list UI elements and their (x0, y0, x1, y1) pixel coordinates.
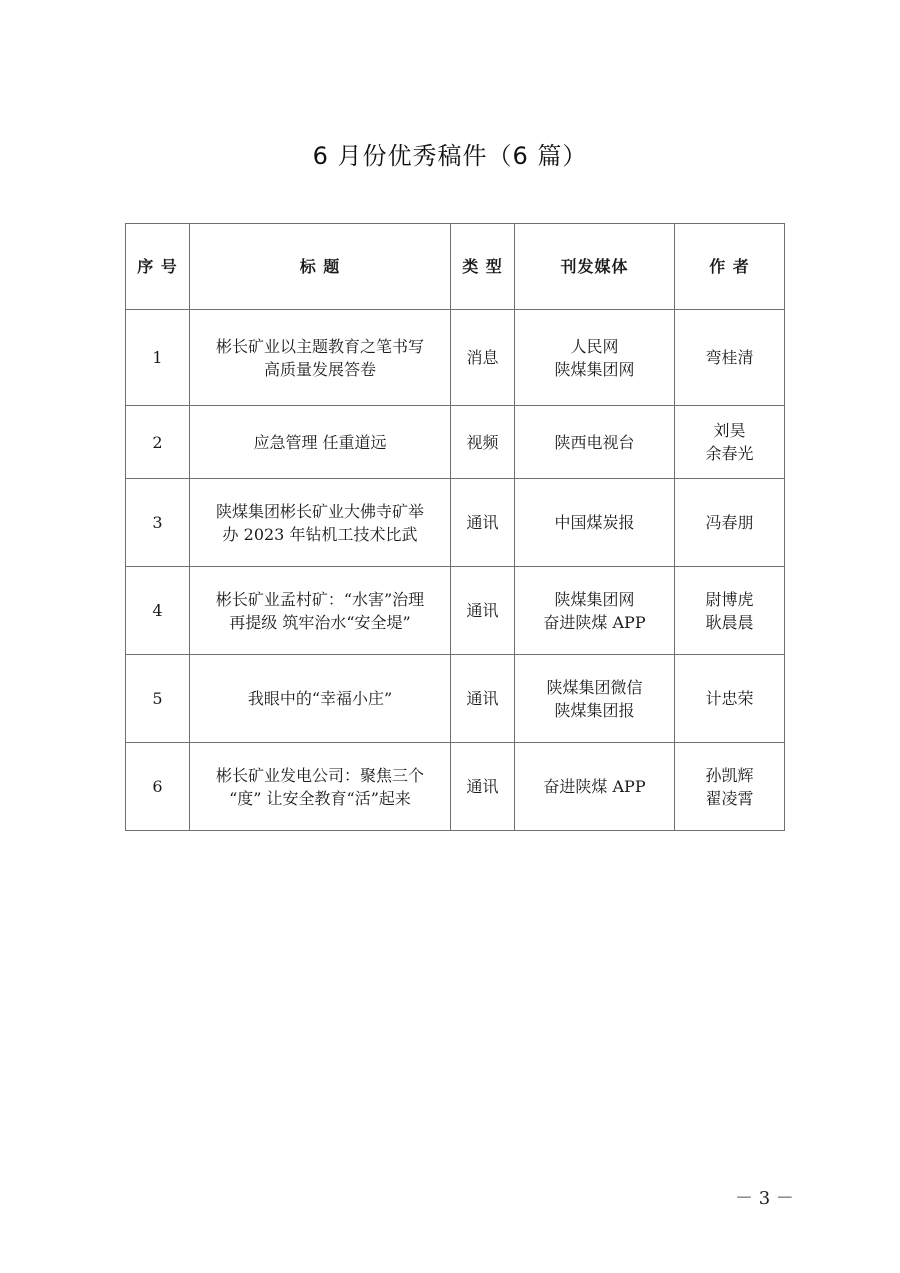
title-line: 再提级 筑牢治水“安全堤” (194, 611, 446, 634)
title-line: 我眼中的“幸福小庄” (194, 687, 446, 710)
cell-authors: 孙凯辉翟凌霄 (675, 743, 785, 831)
cell-type: 通讯 (451, 655, 515, 743)
cell-type: 通讯 (451, 479, 515, 567)
cell-index: 3 (126, 479, 190, 567)
table-row: 5我眼中的“幸福小庄”通讯陕煤集团微信陕煤集团报计忠荣 (126, 655, 785, 743)
table-row: 1彬长矿业以主题教育之笔书写高质量发展答卷消息人民网陕煤集团网弯桂清 (126, 310, 785, 406)
cell-authors: 冯春朋 (675, 479, 785, 567)
title-line: 高质量发展答卷 (194, 358, 446, 381)
cell-title: 陕煤集团彬长矿业大佛寺矿举办 2023 年钻机工技术比武 (190, 479, 451, 567)
cell-authors: 弯桂清 (675, 310, 785, 406)
table-row: 6彬长矿业发电公司：聚焦三个“度” 让安全教育“活”起来通讯奋进陕煤 APP孙凯… (126, 743, 785, 831)
title-line: 陕煤集团彬长矿业大佛寺矿举 (194, 500, 446, 523)
media-line: 中国煤炭报 (519, 511, 670, 534)
cell-media: 中国煤炭报 (515, 479, 675, 567)
page-number: － 3 － (735, 1184, 794, 1210)
cell-type: 通讯 (451, 567, 515, 655)
cell-type: 消息 (451, 310, 515, 406)
author-line: 孙凯辉 (679, 764, 780, 787)
media-line: 奋进陕煤 APP (519, 775, 670, 798)
page-title: 6 月份优秀稿件（6 篇） (0, 136, 900, 171)
cell-media: 陕西电视台 (515, 406, 675, 479)
author-line: 尉博虎 (679, 588, 780, 611)
cell-index: 6 (126, 743, 190, 831)
cell-media: 人民网陕煤集团网 (515, 310, 675, 406)
header-index: 序 号 (126, 224, 190, 310)
cell-type: 视频 (451, 406, 515, 479)
cell-media: 陕煤集团网奋进陕煤 APP (515, 567, 675, 655)
cell-title: 彬长矿业孟村矿：“水害”治理再提级 筑牢治水“安全堤” (190, 567, 451, 655)
author-line: 弯桂清 (679, 346, 780, 369)
table-row: 2应急管理 任重道远视频陕西电视台刘昊余春光 (126, 406, 785, 479)
media-line: 陕煤集团网 (519, 358, 670, 381)
media-line: 陕煤集团报 (519, 699, 670, 722)
cell-index: 4 (126, 567, 190, 655)
header-author: 作 者 (675, 224, 785, 310)
header-type: 类 型 (451, 224, 515, 310)
title-line: 办 2023 年钻机工技术比武 (194, 523, 446, 546)
header-media: 刊发媒体 (515, 224, 675, 310)
title-line: 应急管理 任重道远 (194, 431, 446, 454)
author-line: 余春光 (679, 442, 780, 465)
header-title: 标 题 (190, 224, 451, 310)
cell-authors: 刘昊余春光 (675, 406, 785, 479)
author-line: 刘昊 (679, 419, 780, 442)
table-row: 3陕煤集团彬长矿业大佛寺矿举办 2023 年钻机工技术比武通讯中国煤炭报冯春朋 (126, 479, 785, 567)
cell-authors: 尉博虎耿晨晨 (675, 567, 785, 655)
author-line: 计忠荣 (679, 687, 780, 710)
media-line: 陕煤集团网 (519, 588, 670, 611)
title-line: “度” 让安全教育“活”起来 (194, 787, 446, 810)
media-line: 陕西电视台 (519, 431, 670, 454)
cell-index: 5 (126, 655, 190, 743)
media-line: 人民网 (519, 335, 670, 358)
cell-authors: 计忠荣 (675, 655, 785, 743)
cell-index: 1 (126, 310, 190, 406)
cell-title: 应急管理 任重道远 (190, 406, 451, 479)
author-line: 冯春朋 (679, 511, 780, 534)
cell-media: 奋进陕煤 APP (515, 743, 675, 831)
cell-type: 通讯 (451, 743, 515, 831)
title-line: 彬长矿业孟村矿：“水害”治理 (194, 588, 446, 611)
title-line: 彬长矿业发电公司：聚焦三个 (194, 764, 446, 787)
cell-media: 陕煤集团微信陕煤集团报 (515, 655, 675, 743)
articles-table: 序 号 标 题 类 型 刊发媒体 作 者 1彬长矿业以主题教育之笔书写高质量发展… (125, 223, 785, 831)
media-line: 奋进陕煤 APP (519, 611, 670, 634)
author-line: 翟凌霄 (679, 787, 780, 810)
cell-title: 彬长矿业以主题教育之笔书写高质量发展答卷 (190, 310, 451, 406)
cell-index: 2 (126, 406, 190, 479)
cell-title: 彬长矿业发电公司：聚焦三个“度” 让安全教育“活”起来 (190, 743, 451, 831)
author-line: 耿晨晨 (679, 611, 780, 634)
table-row: 4彬长矿业孟村矿：“水害”治理再提级 筑牢治水“安全堤”通讯陕煤集团网奋进陕煤 … (126, 567, 785, 655)
cell-title: 我眼中的“幸福小庄” (190, 655, 451, 743)
title-line: 彬长矿业以主题教育之笔书写 (194, 335, 446, 358)
table-header-row: 序 号 标 题 类 型 刊发媒体 作 者 (126, 224, 785, 310)
table-body: 1彬长矿业以主题教育之笔书写高质量发展答卷消息人民网陕煤集团网弯桂清2应急管理 … (126, 310, 785, 831)
media-line: 陕煤集团微信 (519, 676, 670, 699)
